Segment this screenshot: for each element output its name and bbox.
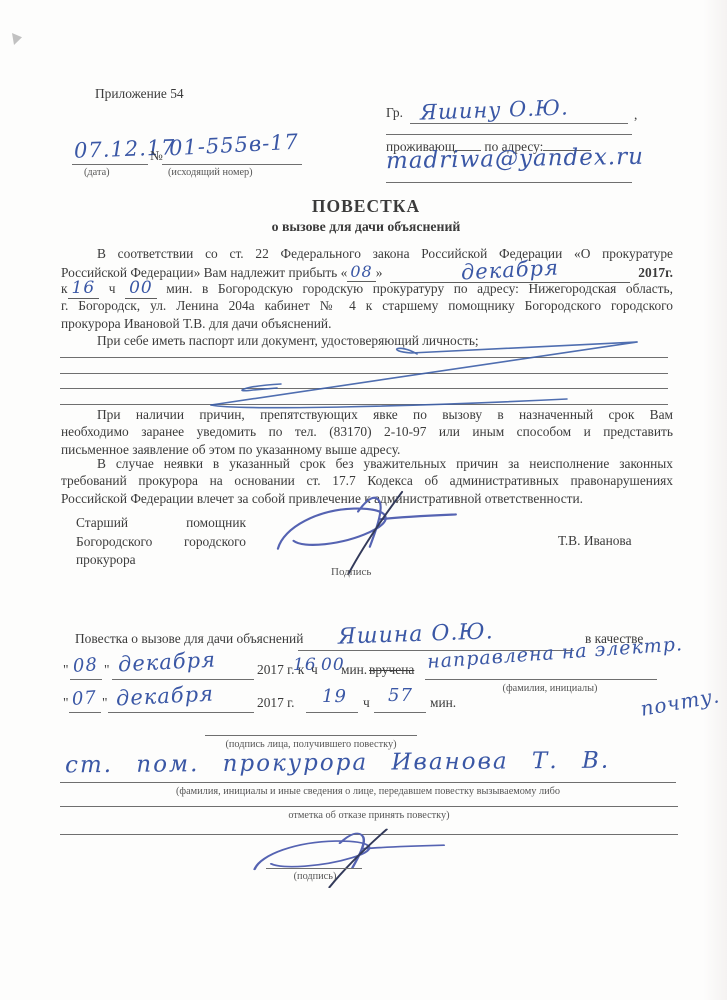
paragraph-notice: При наличии причин, препятствующих явке … — [61, 406, 673, 458]
row1-handed-struck: вручена — [369, 661, 414, 678]
officer-line — [60, 782, 676, 783]
addressee-comma: , — [634, 106, 637, 123]
p1-line3-h: ч — [109, 281, 116, 296]
signer-word-assistant: помощник — [186, 514, 246, 531]
row2-day-handwritten: 07 — [71, 687, 97, 710]
row1-fam-label: (фамилия, инициалы) — [470, 683, 630, 695]
prosecutor-signature-icon — [262, 490, 462, 578]
addressee-row: Гр. — [386, 104, 403, 121]
address-line — [386, 182, 632, 183]
receipt-name-handwritten: Яшина О.Ю. — [338, 619, 494, 649]
signer-row1: Старшийпомощник — [76, 514, 246, 533]
p1-line3: к16 ч 00 мин. в Богородскую городскую пр… — [61, 280, 673, 297]
p1-line1: В соответствии со ст. 22 Федерального за… — [61, 245, 673, 262]
row2-month-line — [108, 712, 254, 713]
handwritten-strikeout-icon — [185, 335, 655, 415]
signer-row2: Богородскогогородского — [76, 533, 246, 552]
appendix-note: Приложение 54 — [95, 85, 184, 102]
row2-open-quote: " — [63, 694, 68, 711]
row1-month-handwritten: декабря — [117, 647, 216, 676]
receipt-intro: Повестка о вызове для дачи объяснений — [75, 630, 303, 647]
bottom-sign-line — [266, 868, 362, 869]
reg-number-line — [162, 164, 302, 165]
row2-day-line — [69, 712, 101, 713]
row2-min-line — [374, 712, 426, 713]
row2-min-handwritten: 57 — [388, 685, 413, 706]
row2-min-label: мин. — [430, 694, 456, 711]
p1-line4: г. Богородск, ул. Ленина 204а кабинет № … — [61, 297, 673, 314]
scanned-summons-document: Приложение 54 Гр. Яшину О.Ю. , проживающ… — [0, 0, 727, 1000]
row1-day-handwritten: 08 — [72, 654, 98, 677]
p3-line2: требований прокурора на основании ст. 17… — [61, 472, 673, 489]
row2-h-label: ч — [363, 694, 370, 711]
document-subtitle: о вызове для дачи объяснений — [60, 219, 672, 235]
row1-month-line — [112, 679, 254, 680]
signer-word-city: городского — [184, 533, 246, 550]
handwritten-minute: 00 — [125, 278, 157, 299]
row1-close-quote: " — [104, 661, 109, 678]
row2-month-handwritten: декабря — [115, 681, 214, 710]
p1-line3-rest: мин. в Богородскую городскую прокуратуру… — [166, 281, 673, 296]
reg-number-sign: № — [150, 147, 163, 164]
bottom-sign-label: (подпись) — [250, 871, 380, 883]
signature-caption: Подпись — [331, 566, 371, 578]
row1-sent2-handwritten: почту. — [639, 683, 722, 721]
signer-position: Старшийпомощник Богородскогогородского п… — [76, 514, 246, 570]
p2-line1: При наличии причин, препятствующих явке … — [61, 406, 673, 423]
reg-number-handwritten: 01-555в-17 — [168, 130, 299, 161]
officer-handwritten: ст. пом. прокурора Иванова Т. В. — [65, 748, 610, 779]
row1-day-line — [70, 679, 102, 680]
signer-word-senior: Старший — [76, 514, 128, 531]
signer-word-bogorodsk: Богородского — [76, 533, 152, 550]
address-email-handwritten: madriwa@yandex.ru — [386, 144, 644, 174]
p3-line1: В случае неявки в указанный срок без ува… — [61, 455, 673, 472]
addressee-prefix: Гр. — [386, 105, 403, 120]
reg-date-line — [72, 164, 148, 165]
row2-hour-handwritten: 19 — [322, 686, 347, 707]
signer-row3: прокурора — [76, 551, 246, 570]
row1-min-label: мин. — [341, 661, 367, 678]
refuse-line-top — [60, 806, 678, 807]
handwritten-month: декабря — [461, 260, 560, 283]
addressee-name-handwritten: Яшину О.Ю. — [420, 95, 569, 124]
refuse-label: отметка об отказе принять повестку) — [60, 810, 678, 822]
paragraph-summons: В соответствии со ст. 22 Федерального за… — [61, 245, 673, 349]
row1-sent-line — [425, 679, 657, 680]
receiver-sign-line — [205, 735, 417, 736]
transfer-label: (фамилия, инициалы и иные сведения о лиц… — [60, 786, 676, 798]
p2-line2: необходимо заранее уведомить по тел. (83… — [61, 423, 673, 440]
handwritten-hour: 16 — [68, 278, 100, 299]
p1-line2-close-quote: » — [376, 265, 383, 280]
row2-hour-line — [306, 712, 358, 713]
p1-line3-k: к — [61, 281, 68, 296]
scan-artifact-mark — [12, 33, 22, 45]
row2-year: 2017 г. — [257, 694, 294, 711]
addressee-blank-line — [386, 134, 632, 135]
addressee-name-line — [410, 123, 628, 124]
row2-close-quote: " — [102, 694, 107, 711]
reg-number-label: (исходящий номер) — [168, 167, 253, 179]
row1-open-quote: " — [63, 661, 68, 678]
signer-name: Т.В. Иванова — [558, 532, 632, 549]
row1-h-label: ч — [311, 661, 318, 678]
reg-date-label: (дата) — [84, 167, 110, 179]
p1-line5: прокурора Ивановой Т.В. для дачи объясне… — [61, 315, 673, 332]
document-title: ПОВЕСТКА — [60, 196, 672, 217]
